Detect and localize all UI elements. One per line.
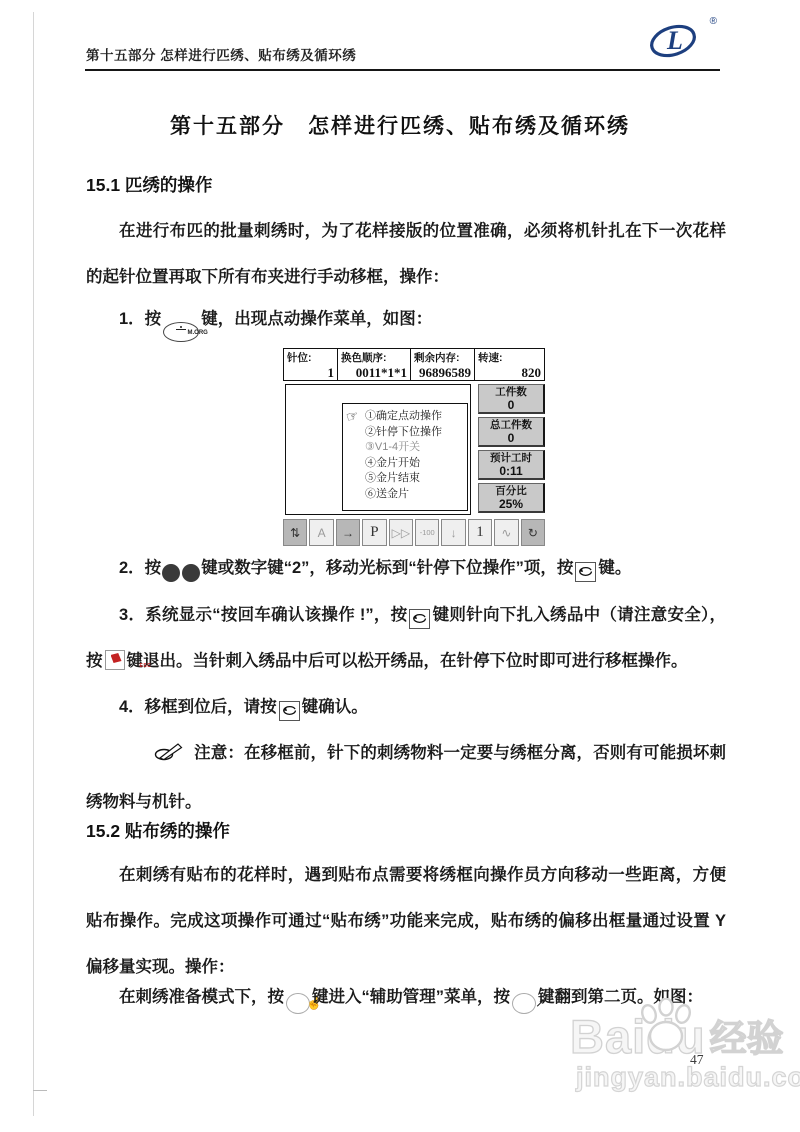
machine-screen: 针位: 1 换色顺序: 0011*1*1 剩余内存: 96896589 转速: … [283,348,545,547]
frame-jog-button: ⇅ [283,519,307,546]
manual-origin-key-icon: M.ORG [163,322,199,342]
step-1: 1．按M.ORG键，出现点动操作菜单，如图： [86,296,726,342]
enter-key-icon [409,609,430,629]
step-text-b: 键进入“辅助管理”菜单，按 [312,988,510,1006]
back-100-button: -100 [415,519,439,546]
stat-percentage: 百分比 25% [478,483,545,513]
needle-one-button: 1 [468,519,492,546]
enter-key-icon [279,701,300,721]
watermark-url: jingyan.baidu.com [576,1062,800,1093]
page-turn-key-icon: ↗ [512,993,536,1014]
menu-item-feed-sequin: ⑥送金片 [365,487,465,503]
status-color-order: 换色顺序: 0011*1*1 [338,349,411,380]
stat-total-piece-count: 总工件数 0 [478,417,545,447]
menu-item-needle-stop-down: ②针停下位操作 [365,425,465,441]
paw-icon [636,998,700,1059]
pattern-display-area: ☞ ①确定点动操作 ②针停下位操作 ③V1-4开关 ④金片开始 ⑤金片结束 ⑥送… [285,384,471,515]
status-speed: 转速: 820 [475,349,544,380]
forward-button: ▷▷ [389,519,413,546]
scan-edge-artifact [33,12,34,1116]
step-4: 4．移框到位后，请按键确认。 [86,684,726,730]
status-bar: 针位: 1 换色顺序: 0011*1*1 剩余内存: 96896589 转速: … [283,348,545,381]
step-2-text-c: 键。 [598,559,631,577]
menu-item-v1-4-switch: ③V1-4开关 [365,440,465,456]
section-151-heading: 15.1 匹绣的操作 [86,172,212,197]
step-4-text-b: 键确认。 [302,698,368,716]
svg-text:L: L [666,26,683,55]
esc-key-icon: ESC [105,650,125,670]
page-number: 47 [690,1052,704,1068]
down-key-icon: ▼ [182,564,200,582]
status-needle-position: 针位: 1 [284,349,338,380]
running-header: 第十五部分 怎样进行匹绣、贴布绣及循环绣 [86,44,356,64]
step-2: 2．按▲▼键或数字键“2”，移动光标到“针停下位操作”项，按键。 [86,545,726,591]
registered-mark: ® [710,16,717,27]
panel-toolbar: ⇅ A → P ▷▷ -100 ↓ 1 ∿ ↻ [283,519,545,546]
pen-icon [121,733,184,779]
status-free-memory: 剩余内存: 96896589 [411,349,475,380]
brand-logo-icon: L [645,16,705,62]
document-page: 第十五部分 怎样进行匹绣、贴布绣及循环绣 L ® 第十五部分 怎样进行匹绣、贴布… [0,0,800,1132]
menu-item-sequin-start: ④金片开始 [365,456,465,472]
pointer-hand-icon: ☞ [344,407,360,426]
stat-piece-count: 工件数 0 [478,384,545,414]
step-3-text-c: 键退出。当针刺入绣品中后可以松开绣品，在针停下位时即可进行移框操作。 [127,652,688,670]
needle-down-button: ↓ [441,519,465,546]
stats-column: 工件数 0 总工件数 0 预计工时 0:11 百分比 25% [478,384,545,513]
step-1-text-a: 1．按 [119,310,161,328]
header-rule [85,69,720,71]
rotate-button: ↻ [521,519,545,546]
enter-key-icon [575,562,596,582]
p-key-button: P [362,519,386,546]
menu-item-confirm-jog: ①确定点动操作 [365,409,465,425]
jog-operation-menu: ☞ ①确定点动操作 ②针停下位操作 ③V1-4开关 ④金片开始 ⑤金片结束 ⑥送… [342,403,468,511]
watermark-suffix: 经验 [710,1018,784,1060]
step-text-a: 在刺绣准备模式下，按 [119,988,284,1006]
section-152-heading: 15.2 贴布绣的操作 [86,818,230,843]
frame-origin-button: → [336,519,360,546]
caution-note: 注意：在移框前，针下的刺绣物料一定要与绣框分离，否则有可能损坏刺绣物料与机针。 [86,730,726,825]
pattern-range-button: A [309,519,333,546]
step-2-text-b: 键或数字键“2”，移动光标到“针停下位操作”项，按 [201,559,573,577]
page-title: 第十五部分 怎样进行匹绣、贴布绣及循环绣 [0,110,800,140]
step-4-text-a: 4．移框到位后，请按 [119,698,277,716]
step-3-text-a: 3．系统显示“按回车确认该操作 !”，按 [119,606,407,624]
thread-trace-button: ∿ [494,519,518,546]
brand-logo: L ® [645,16,717,64]
section-151-paragraph: 在进行布匹的批量刺绣时，为了花样接版的位置准确，必须将机针扎在下一次花样的起针位… [86,208,726,300]
menu-item-sequin-end: ⑤金片结束 [365,471,465,487]
stat-estimated-time: 预计工时 0:11 [478,450,545,480]
section-152-paragraph: 在刺绣有贴布的花样时，遇到贴布点需要将绣框向操作员方向移动一些距离，方便贴布操作… [86,852,726,990]
aux-manage-hand-key-icon: ☝ [286,993,310,1014]
step-3: 3．系统显示“按回车确认该操作 !”，按键则针向下扎入绣品中（请注意安全），按E… [86,592,726,684]
step-1-text-b: 键，出现点动操作菜单，如图： [201,310,432,328]
scan-corner-artifact [33,1090,47,1091]
watermark: Baidu 经验 [570,1014,784,1060]
